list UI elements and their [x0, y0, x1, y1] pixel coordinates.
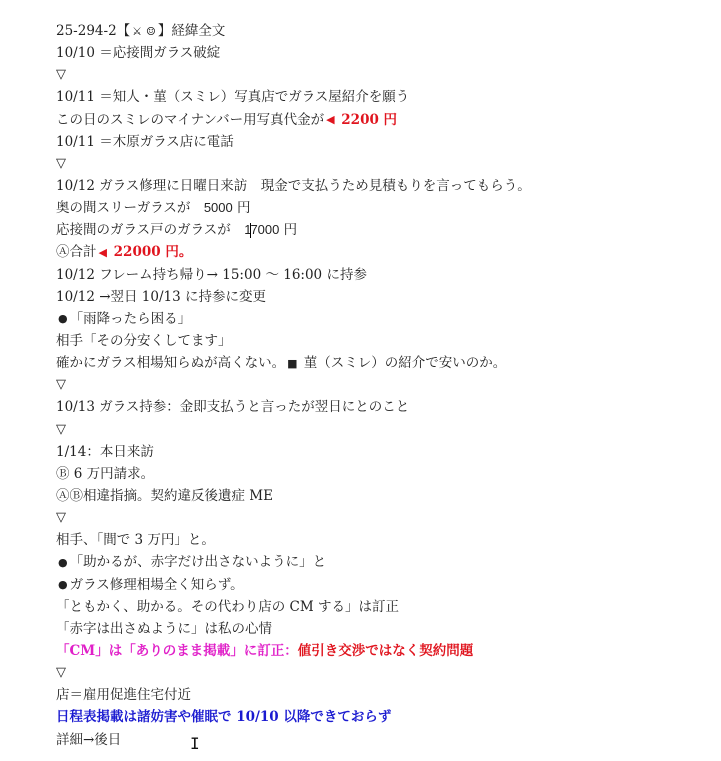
text-segment: 円 [233, 200, 251, 216]
text-line: この日のスミレのマイナンバー用写真代金が◀ 2200 円 [56, 109, 696, 131]
bear-face-icon: ● [58, 308, 68, 330]
text-segment: 菫（スミレ）の紹介で安いのか。 [300, 355, 507, 371]
highlight-amount: 22000 円。 [109, 244, 192, 260]
text-line: 詳細→後日 [56, 729, 696, 751]
text-line: Ⓐ合計◀ 22000 円。 [56, 241, 696, 263]
blue-highlight-line: 日程表掲載は諸妨害や催眠で 10/10 以降できておらず [56, 706, 696, 728]
text-line: 「赤字は出さぬように」は私の心情 [56, 618, 696, 640]
text-line: ●「雨降ったら困る」 [56, 308, 696, 330]
text-line: 10/12 ガラス修理に日曜日来訪 現金で支払うため見積もりを言ってもらう。 [56, 175, 696, 197]
text-line: Ⓑ 6 万円請求。 [56, 463, 696, 485]
red-highlight: 値引き交渉ではなく契約問題 [298, 643, 474, 659]
text-line: ●「助かるが、赤字だけ出さないように」と [56, 551, 696, 573]
separator-triangle: ▽ [56, 153, 696, 175]
amount: 5000 [204, 200, 233, 215]
magenta-highlight: 「CM」は「ありのまま掲載」に訂正： [56, 643, 298, 659]
ibeam-cursor-icon: I [190, 734, 200, 753]
text-line: 「CM」は「ありのまま掲載」に訂正：値引き交渉ではなく契約問題 [56, 640, 696, 662]
text-line: 応接間のガラス戸のガラスが 17000 円 [56, 219, 696, 241]
amount-part: 7000 [250, 222, 279, 237]
text-segment: 「助かるが、赤字だけ出さないように」と [70, 554, 327, 570]
text-line: 確かにガラス相場知らぬが高くない。■ 菫（スミレ）の紹介で安いのか。 [56, 352, 696, 374]
text-segment: この日のスミレのマイナンバー用写真代金が [56, 112, 324, 128]
megaphone-icon: ◀ [99, 242, 107, 264]
crossed-swords-icon: ⚔ [132, 21, 142, 43]
text-line: 相手、「間で 3 万円」と。 [56, 529, 696, 551]
title-suffix: 】経緯全文 [158, 23, 226, 39]
bear-face-icon: ● [58, 552, 68, 574]
text-segment: 奥の間スリーガラスが [56, 200, 204, 216]
text-line: 10/12 →翌日 10/13 に持参に変更 [56, 286, 696, 308]
smiley-face-icon: ☺ [146, 21, 156, 43]
text-line: 店＝雇用促進住宅付近 [56, 684, 696, 706]
text-line: 相手「その分安くしてます」 [56, 330, 696, 352]
separator-triangle: ▽ [56, 374, 696, 396]
separator-triangle: ▽ [56, 662, 696, 684]
text-line: 10/11 ＝木原ガラス店に電話 [56, 131, 696, 153]
separator-triangle: ▽ [56, 419, 696, 441]
megaphone-icon: ◀ [326, 109, 334, 131]
bear-face-icon: ● [58, 574, 68, 596]
text-line: 1/14：本日来訪 [56, 441, 696, 463]
text-segment: Ⓐ合計 [56, 244, 97, 260]
text-segment: ガラス修理相場全く知らず。 [70, 577, 244, 593]
text-segment: 「雨降ったら困る」 [70, 311, 192, 327]
text-line: ⒶⒷ相違指摘。契約違反後遺症 ME [56, 485, 696, 507]
title-prefix: 25-294-2【 [56, 23, 130, 39]
document-body[interactable]: 25-294-2【⚔☺】経緯全文 10/10 ＝応接間ガラス破綻 ▽ 10/11… [56, 20, 696, 751]
text-line: 奥の間スリーガラスが 5000 円 [56, 197, 696, 219]
highlight-amount: 2200 円 [337, 112, 397, 128]
text-line: 10/12 フレーム持ち帰り→ 15:00 〜 16:00 に持参 [56, 264, 696, 286]
separator-triangle: ▽ [56, 507, 696, 529]
text-line: 10/13 ガラス持参：金即支払うと言ったが翌日にとのこと [56, 396, 696, 418]
separator-triangle: ▽ [56, 64, 696, 86]
text-line: 「ともかく、助かる。その代わり店の CM する」は訂正 [56, 596, 696, 618]
text-line: ●ガラス修理相場全く知らず。 [56, 574, 696, 596]
text-segment: 円 [279, 222, 297, 238]
text-line: 10/11 ＝知人・菫（スミレ）写真店でガラス屋紹介を願う [56, 86, 696, 108]
text-segment: 確かにガラス相場知らぬが高くない。 [56, 355, 285, 371]
text-line: 10/10 ＝応接間ガラス破綻 [56, 42, 696, 64]
camera-icon: ■ [287, 353, 297, 375]
text-segment: 応接間のガラス戸のガラスが [56, 222, 244, 238]
doc-title-line: 25-294-2【⚔☺】経緯全文 [56, 20, 696, 42]
